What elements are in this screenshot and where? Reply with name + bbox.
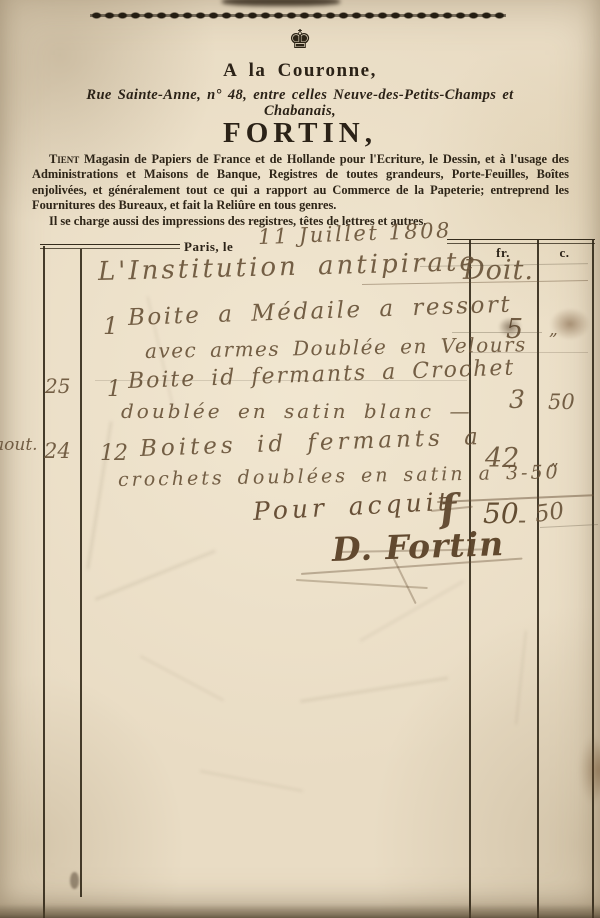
row-1-quantity: 1 [103,312,118,340]
ghost-mark [515,630,527,725]
ink-blot [498,317,522,337]
ghost-mark [94,549,216,600]
table-top-rule-left [40,244,180,249]
ink-stain [550,308,590,340]
row-2-amount-centimes: 50 [548,390,575,414]
edge-stain [570,733,600,807]
pencil-stroke [452,332,542,333]
pencil-stroke [95,380,467,381]
total-centimes: 50 [533,498,566,528]
row-1-description: Boite a Médaile a ressort [128,292,513,331]
ornament-chain-icon [90,8,506,23]
description-text: Magasin de Papiers de France et de Holla… [32,152,569,212]
column-header-centimes: c. [537,245,592,261]
address-line-1: Rue Sainte-Anne, n° 48, entre celles Neu… [0,87,600,104]
invoice-document: ♚ A la Couronne, Rue Sainte-Anne, n° 48,… [0,0,600,918]
acquit-phrase: Pour acquit [252,487,452,526]
row-3-day: 24 [44,439,71,463]
crown-icon: ♚ [0,27,600,53]
business-description: Tient Magasin de Papiers de France et de… [32,152,569,229]
pencil-stroke [470,352,588,353]
scan-bottom-edge [0,904,600,918]
row-3-description: Boites id fermants a [140,424,483,462]
row-3-amount-centimes: „ [550,450,559,470]
client-name: L'Institution antipirate [98,247,479,287]
row-2-day: 25 [45,374,70,398]
description-paragraph: Tient Magasin de Papiers de France et de… [32,152,569,214]
ghost-mark [360,580,465,642]
shop-sign: A la Couronne, [0,60,600,82]
ghost-mark [300,677,449,703]
scan-top-edge [222,0,340,6]
table-border-left [43,246,45,918]
dateline-printed: Paris, le [184,239,233,255]
row-2-amount-francs: 3 [509,385,525,414]
table-divider-centimes [537,240,539,918]
ghost-mark [200,770,303,792]
row-3-amount-francs: 42 [485,443,519,474]
small-mark [70,872,79,889]
description-lead-word: Tient [49,152,79,166]
signature: D. Fortin [331,524,504,569]
table-border-right [592,240,594,918]
merchant-name: FORTIN, [0,117,600,150]
table-divider-date [80,249,82,897]
row-3-margin-month: aout. [0,435,38,455]
ghost-mark [140,655,225,701]
total-separator: - [518,506,526,534]
